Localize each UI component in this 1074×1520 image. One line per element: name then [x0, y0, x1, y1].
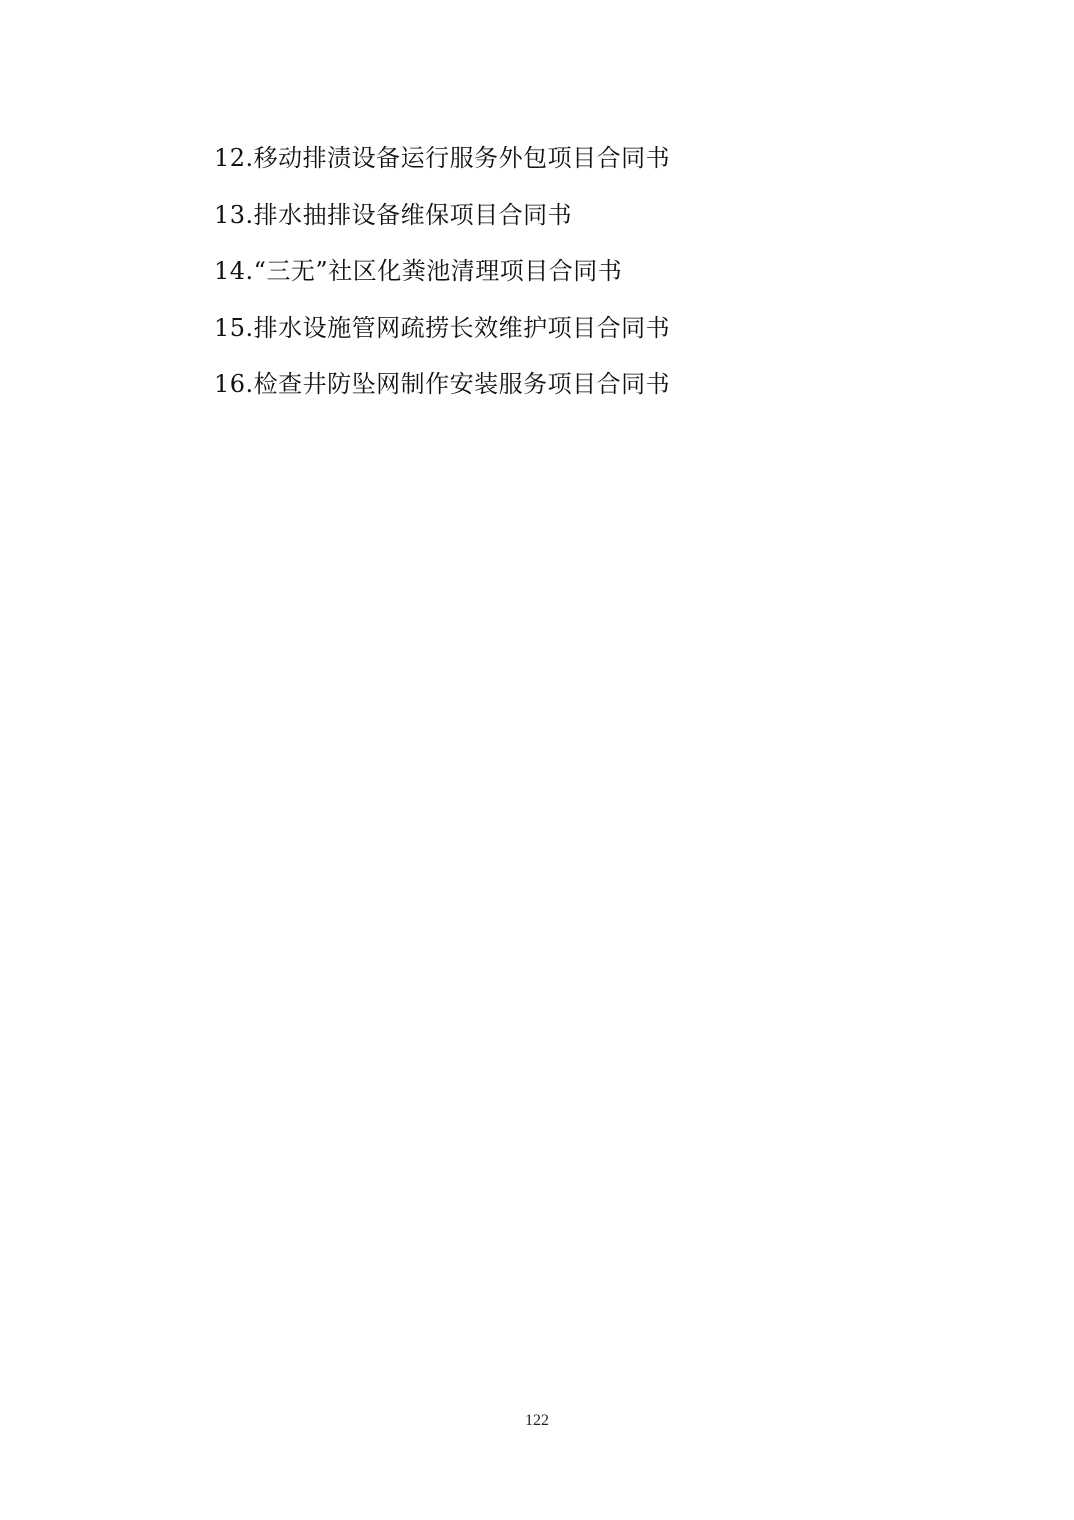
list-item: 14.“三无”社区化粪池清理项目合同书 — [214, 251, 670, 308]
document-page: 12.移动排渍设备运行服务外包项目合同书 13.排水抽排设备维保项目合同书 14… — [0, 0, 1074, 1520]
page-number: 122 — [0, 1412, 1074, 1430]
list-item: 13.排水抽排设备维保项目合同书 — [214, 195, 670, 252]
list-item: 12.移动排渍设备运行服务外包项目合同书 — [214, 138, 670, 195]
list-item: 16.检查井防坠网制作安装服务项目合同书 — [214, 364, 670, 421]
list-item: 15.排水设施管网疏捞长效维护项目合同书 — [214, 308, 670, 365]
contract-list: 12.移动排渍设备运行服务外包项目合同书 13.排水抽排设备维保项目合同书 14… — [214, 138, 670, 421]
